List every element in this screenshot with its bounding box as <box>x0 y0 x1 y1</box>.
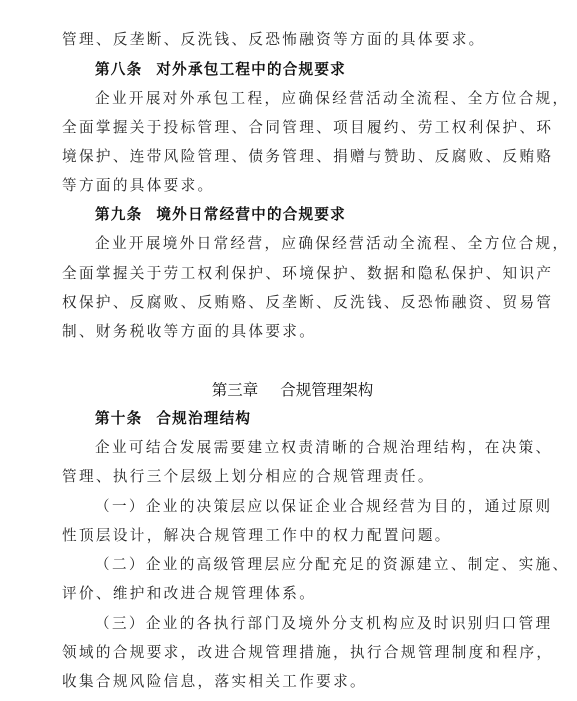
chapter-3-heading: 第三章合规管理架构 <box>0 379 577 401</box>
paragraph-line: 领域的合规要求，改进合规管理措施，执行合规管理制度和程序， <box>62 643 522 663</box>
paragraph-line: 管理、执行三个层级上划分相应的合规管理责任。 <box>62 467 522 487</box>
article-title: 境外日常经营中的合规要求 <box>156 206 346 223</box>
paragraph-line: 全面掌握关于劳工权利保护、环境保护、数据和隐私保护、知识产 <box>62 264 522 284</box>
paragraph-line: 性顶层设计，解决合规管理工作中的权力配置问题。 <box>62 526 522 546</box>
article-10-heading: 第十条合规治理结构 <box>95 409 251 429</box>
paragraph-line: 制、财务税收等方面的具体要求。 <box>62 322 522 342</box>
chapter-title: 合规管理架构 <box>280 381 373 399</box>
article-number: 第九条 <box>95 206 142 223</box>
paragraph-line: 境保护、连带风险管理、债务管理、捐赠与赞助、反腐败、反贿赂 <box>62 147 522 167</box>
paragraph-line: 企业开展境外日常经营，应确保经营活动全流程、全方位合规， <box>95 234 555 254</box>
paragraph-line: （三）企业的各执行部门及境外分支机构应及时识别归口管理 <box>95 614 555 634</box>
paragraph-line: 管理、反垄断、反洗钱、反恐怖融资等方面的具体要求。 <box>62 30 522 50</box>
article-number: 第八条 <box>95 61 142 78</box>
paragraph-line: 评价、维护和改进合规管理体系。 <box>62 584 522 604</box>
chapter-number: 第三章 <box>212 381 259 399</box>
article-number: 第十条 <box>95 410 142 427</box>
paragraph-line: 等方面的具体要求。 <box>62 176 522 196</box>
paragraph-line: 企业可结合发展需要建立权责清晰的合规治理结构，在决策、 <box>95 438 555 458</box>
article-9-heading: 第九条境外日常经营中的合规要求 <box>95 205 346 225</box>
paragraph-line: （一）企业的决策层应以保证企业合规经营为目的，通过原则 <box>95 497 555 517</box>
article-title: 合规治理结构 <box>156 410 251 427</box>
paragraph-line: 企业开展对外承包工程，应确保经营活动全流程、全方位合规， <box>95 89 555 109</box>
paragraph-line: （二）企业的高级管理层应分配充足的资源建立、制定、实施、 <box>95 555 555 575</box>
document-page: 管理、反垄断、反洗钱、反恐怖融资等方面的具体要求。 第八条对外承包工程中的合规要… <box>0 0 577 701</box>
article-8-heading: 第八条对外承包工程中的合规要求 <box>95 60 346 80</box>
article-title: 对外承包工程中的合规要求 <box>156 61 346 78</box>
paragraph-line: 全面掌握关于投标管理、合同管理、项目履约、劳工权利保护、环 <box>62 118 522 138</box>
paragraph-line: 权保护、反腐败、反贿赂、反垄断、反洗钱、反恐怖融资、贸易管 <box>62 293 522 313</box>
paragraph-line: 收集合规风险信息，落实相关工作要求。 <box>62 672 522 692</box>
